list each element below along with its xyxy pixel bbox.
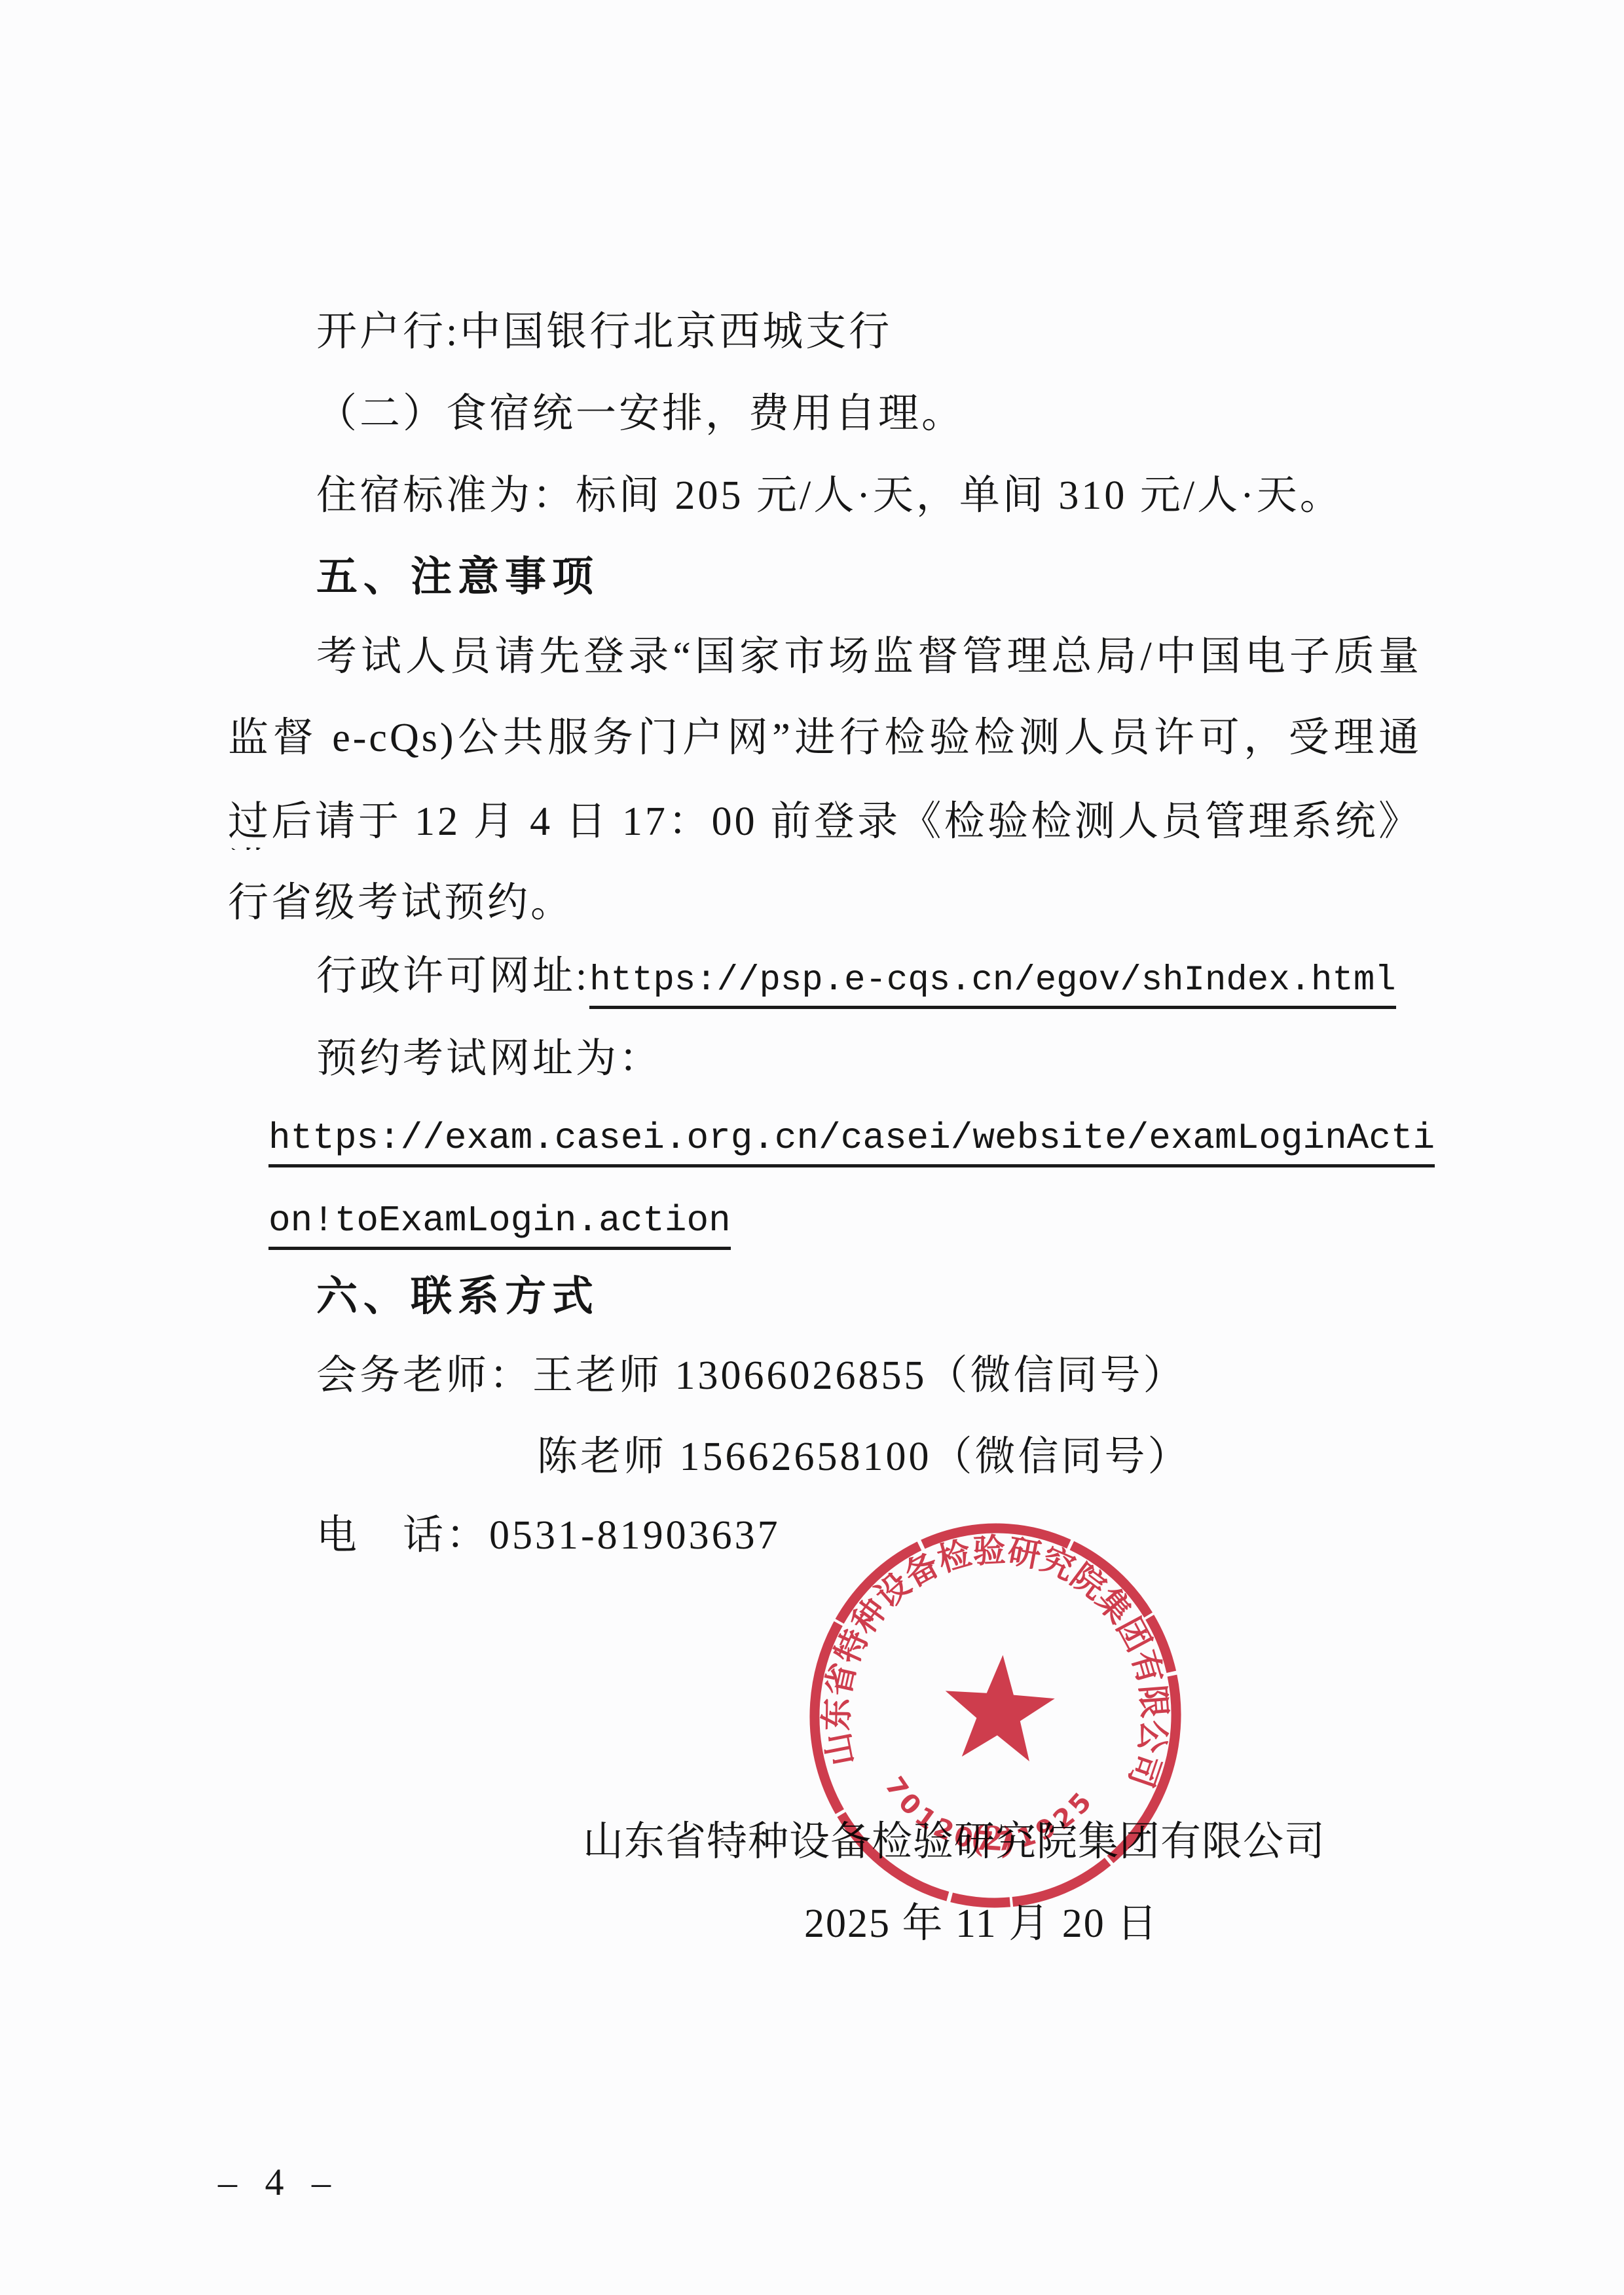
lodging-line: 住宿标准为：标间 205 元/人·天，单间 310 元/人·天。 — [316, 473, 1343, 519]
booking-url-line-1: https://exam.casei.org.cn/casei/website/… — [268, 1117, 1435, 1167]
phone-line: 电 话：0531-81903637 — [316, 1513, 781, 1559]
admin-url-line: 行政许可网址:https://psp.e-cqs.cn/egov/shIndex… — [316, 953, 1396, 1001]
section5-heading: 五、注意事项 — [316, 553, 599, 600]
scanned-document-page: 开户行:中国银行北京西城支行 （二）食宿统一安排，费用自理。 住宿标准为：标间 … — [0, 0, 1624, 2295]
item2-line: （二）食宿统一安排，费用自理。 — [316, 391, 965, 437]
section6-heading: 六、联系方式 — [316, 1273, 599, 1320]
booking-url-label: 预约考试网址为： — [316, 1036, 662, 1082]
contact-line-1: 会务老师：王老师 13066026855（微信同号） — [316, 1353, 1187, 1399]
notes-line-1: 考试人员请先登录“国家市场监督管理总局/中国电子质量 — [316, 634, 1422, 685]
seal-ring-text: 山东省特种设备检验研究院集团有限公司 — [814, 1520, 1185, 1793]
notes-line-3: 过后请于 12 月 4 日 17：00 前登录《检验检测人员管理系统》进 — [228, 799, 1422, 850]
admin-url-link: https://psp.e-cqs.cn/egov/shIndex.html — [589, 961, 1395, 1009]
notes-line-2: 监督 e-cQs)公共服务门户网”进行检验检测人员许可，受理通 — [228, 715, 1422, 766]
contact-line-2: 陈老师 15662658100（微信同号） — [537, 1434, 1191, 1480]
admin-url-label: 行政许可网址: — [316, 954, 589, 999]
notes-line-4: 行省级考试预约。 — [228, 880, 574, 927]
bank-line: 开户行:中国银行北京西城支行 — [316, 309, 892, 356]
seal-star-icon — [941, 1651, 1058, 1763]
official-seal-graphic: 山东省特种设备检验研究院集团有限公司 (2) 3701207719251 — [805, 1519, 1185, 1912]
page-number: – 4 – — [218, 2161, 340, 2205]
official-seal: 山东省特种设备检验研究院集团有限公司 (2) 3701207719251 — [805, 1519, 1185, 1912]
booking-url-line-2: on!toExamLogin.action — [268, 1200, 731, 1250]
